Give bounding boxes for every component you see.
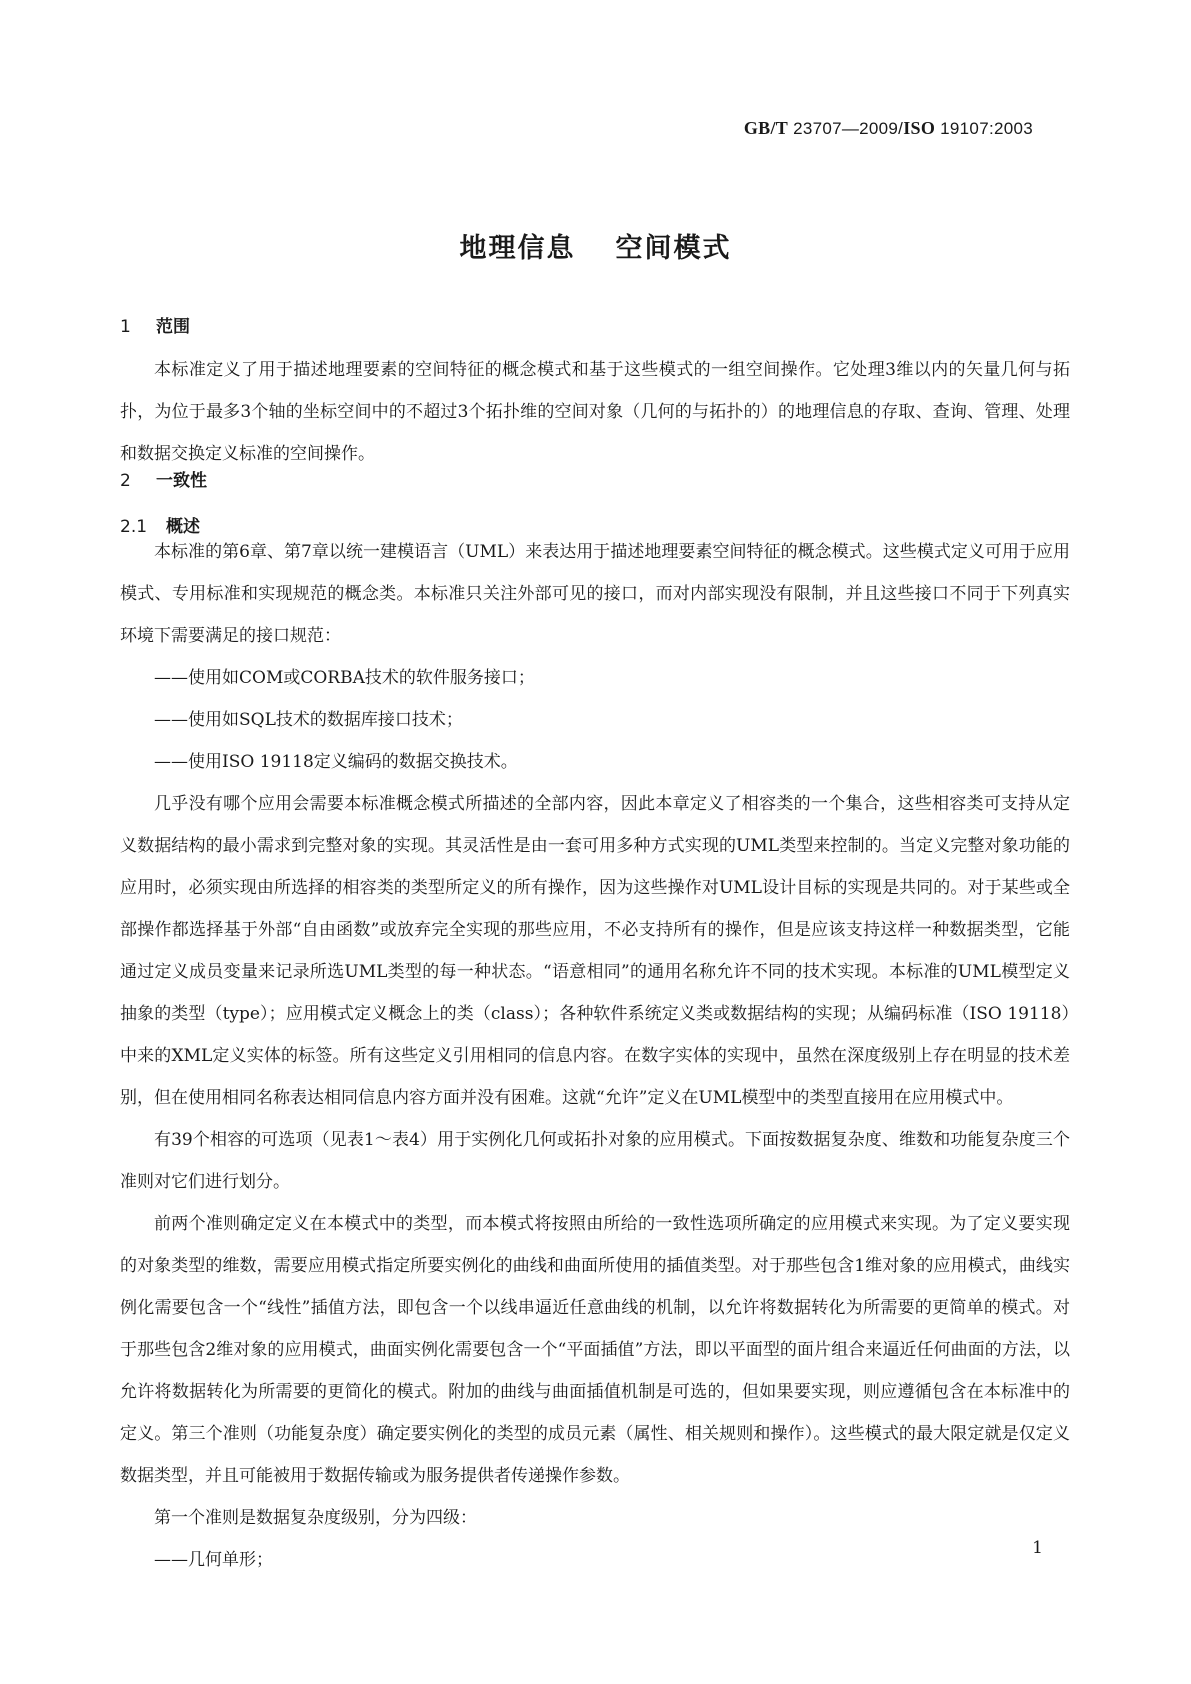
list-item: ——使用ISO 19118定义编码的数据交换技术。 [120,741,1070,783]
list-item: ——几何单形； [120,1539,1070,1581]
overview-paragraph-4: 前两个准则确定定义在本模式中的类型，而本模式将按照由所给的一致性选项所确定的应用… [120,1203,1070,1497]
section-title: 范围 [156,317,190,337]
overview-paragraph-1: 本标准的第6章、第7章以统一建模语言（UML）来表达用于描述地理要素空间特征的概… [120,531,1070,657]
document-page: GB/T 23707—2009/ISO 19107:2003 地理信息空间模式 … [0,0,1191,1684]
iso-number: 19107:2003 [940,119,1033,138]
section-number: 2 [120,471,156,491]
list-item: ——使用如SQL技术的数据库接口技术； [120,699,1070,741]
list-item: ——使用如COM或CORBA技术的软件服务接口； [120,657,1070,699]
overview-paragraph-3: 有39个相容的可选项（见表1～表4）用于实例化几何或拓扑对象的应用模式。下面按数… [120,1119,1070,1203]
title-part-1: 地理信息 [460,233,576,264]
overview-paragraph-2: 几乎没有哪个应用会需要本标准概念模式所描述的全部内容，因此本章定义了相容类的一个… [120,783,1070,1119]
overview-paragraph-5: 第一个准则是数据复杂度级别，分为四级： [120,1497,1070,1539]
standard-number: 23707—2009/ [793,119,903,138]
title-part-2: 空间模式 [616,233,732,264]
standard-number-header: GB/T 23707—2009/ISO 19107:2003 [744,118,1033,139]
section-heading-conformance: 2一致性 [120,466,207,491]
overview-body: 本标准的第6章、第7章以统一建模语言（UML）来表达用于描述地理要素空间特征的概… [120,531,1070,1581]
section-title: 一致性 [156,471,207,491]
section-number: 1 [120,317,156,337]
document-title: 地理信息空间模式 [0,226,1191,265]
section-heading-scope: 1范围 [120,312,190,337]
page-number: 1 [1032,1538,1043,1558]
scope-body: 本标准定义了用于描述地理要素的空间特征的概念模式和基于这些模式的一组空间操作。它… [120,349,1070,475]
scope-paragraph: 本标准定义了用于描述地理要素的空间特征的概念模式和基于这些模式的一组空间操作。它… [120,349,1070,475]
iso-prefix: ISO [903,118,935,138]
standard-prefix: GB/T [744,118,788,138]
